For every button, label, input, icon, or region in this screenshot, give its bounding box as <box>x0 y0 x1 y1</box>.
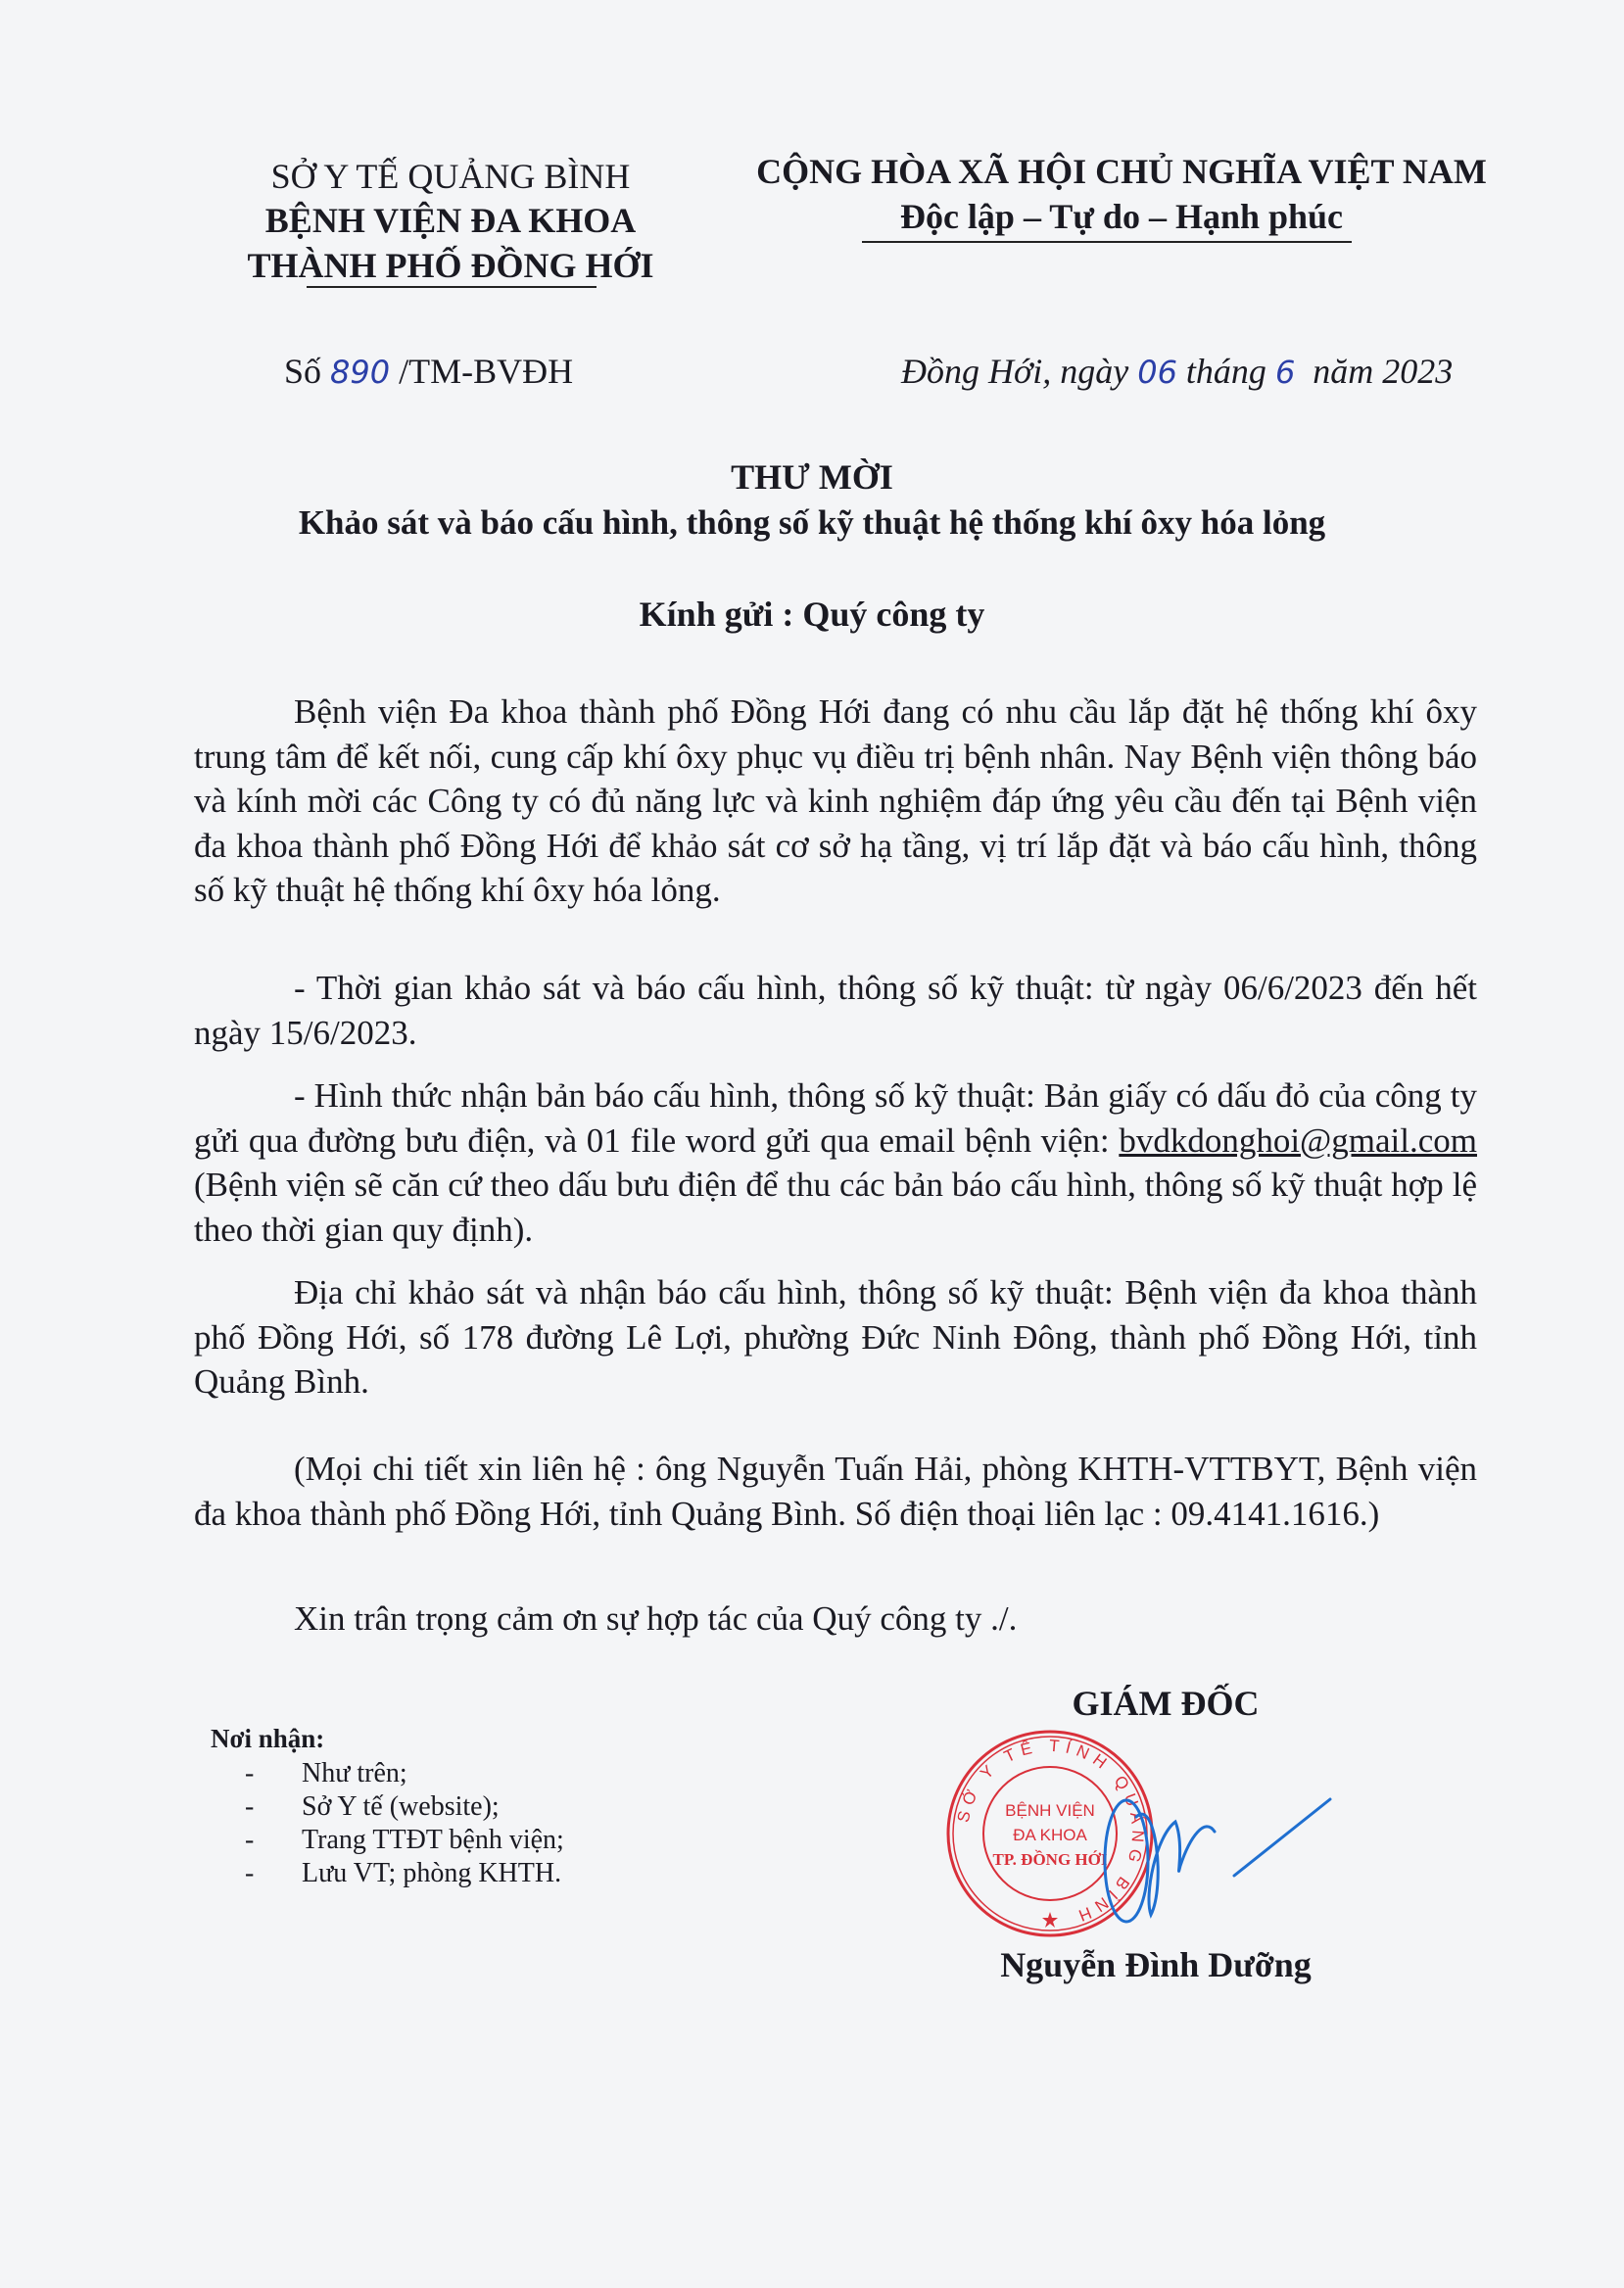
paragraph-thanks: Xin trân trọng cảm ơn sự hợp tác của Quý… <box>194 1597 1477 1642</box>
svg-text:TP. ĐỒNG HỚI: TP. ĐỒNG HỚI <box>993 1849 1108 1869</box>
email-link[interactable]: bvdkdonghoi@gmail.com <box>1119 1121 1477 1160</box>
document-title: THƯ MỜI <box>0 456 1624 498</box>
date-day-handwritten: 06 <box>1137 354 1177 391</box>
document-number: Số 890 /TM-BVĐH <box>284 351 573 392</box>
issuer-department: SỞ Y TẾ QUẢNG BÌNH <box>196 155 705 198</box>
paragraph-address: Địa chỉ khảo sát và nhận báo cấu hình, t… <box>194 1270 1477 1405</box>
paragraph-intro: Bệnh viện Đa khoa thành phố Đồng Hới đan… <box>194 690 1477 913</box>
handwritten-signature-icon <box>1097 1778 1332 1925</box>
doc-number-suffix: /TM-BVĐH <box>399 352 573 391</box>
national-title: CỘNG HÒA XÃ HỘI CHỦ NGHĨA VIỆT NAM <box>691 149 1552 194</box>
doc-number-prefix: Số <box>284 352 321 391</box>
date-month-handwritten: 6 <box>1275 354 1295 391</box>
national-motto: Độc lập – Tự do – Hạnh phúc <box>691 194 1552 239</box>
issuer-hospital: BỆNH VIỆN ĐA KHOA <box>196 198 705 243</box>
submission-text-after: (Bệnh viện sẽ căn cứ theo dấu bưu điện đ… <box>194 1166 1477 1249</box>
svg-text:ĐA KHOA: ĐA KHOA <box>1013 1826 1087 1844</box>
date-place: Đồng Hới, ngày <box>901 352 1128 391</box>
recipient-item: Lưu VT; phòng KHTH. <box>245 1857 564 1890</box>
paragraph-submission: - Hình thức nhận bản báo cấu hình, thông… <box>194 1073 1477 1252</box>
motto-underline <box>862 241 1352 243</box>
paragraph-contact: (Mọi chi tiết xin liên hệ : ông Nguyễn T… <box>194 1447 1477 1536</box>
doc-number-handwritten: 890 <box>330 354 390 391</box>
date-year: năm 2023 <box>1313 352 1453 391</box>
paragraph-survey-time: - Thời gian khảo sát và báo cấu hình, th… <box>194 966 1477 1055</box>
document-subtitle: Khảo sát và báo cấu hình, thông số kỹ th… <box>0 503 1624 543</box>
recipient-item: Như trên; <box>245 1757 564 1790</box>
recipient-item: Sở Y tế (website); <box>245 1790 564 1824</box>
greeting: Kính gửi : Quý công ty <box>0 594 1624 635</box>
issuer-city: THÀNH PHỐ ĐỒNG HỚI <box>196 243 705 288</box>
signer-title: GIÁM ĐỐC <box>1028 1683 1303 1724</box>
date-month-label: tháng <box>1186 352 1266 391</box>
recipient-item: Trang TTĐT bệnh viện; <box>245 1824 564 1857</box>
date-line: Đồng Hới, ngày 06 tháng 6 năm 2023 <box>901 351 1453 392</box>
svg-text:BỆNH VIỆN: BỆNH VIỆN <box>1005 1801 1095 1820</box>
signer-name: Nguyễn Đình Dưỡng <box>940 1944 1371 1985</box>
recipients-label: Nơi nhận: <box>211 1724 324 1754</box>
issuer-underline <box>307 286 597 288</box>
national-motto-block: CỘNG HÒA XÃ HỘI CHỦ NGHĨA VIỆT NAM Độc l… <box>691 149 1552 239</box>
recipients-list: Như trên; Sở Y tế (website); Trang TTĐT … <box>245 1757 564 1890</box>
issuer-block: SỞ Y TẾ QUẢNG BÌNH BỆNH VIỆN ĐA KHOA THÀ… <box>196 155 705 288</box>
